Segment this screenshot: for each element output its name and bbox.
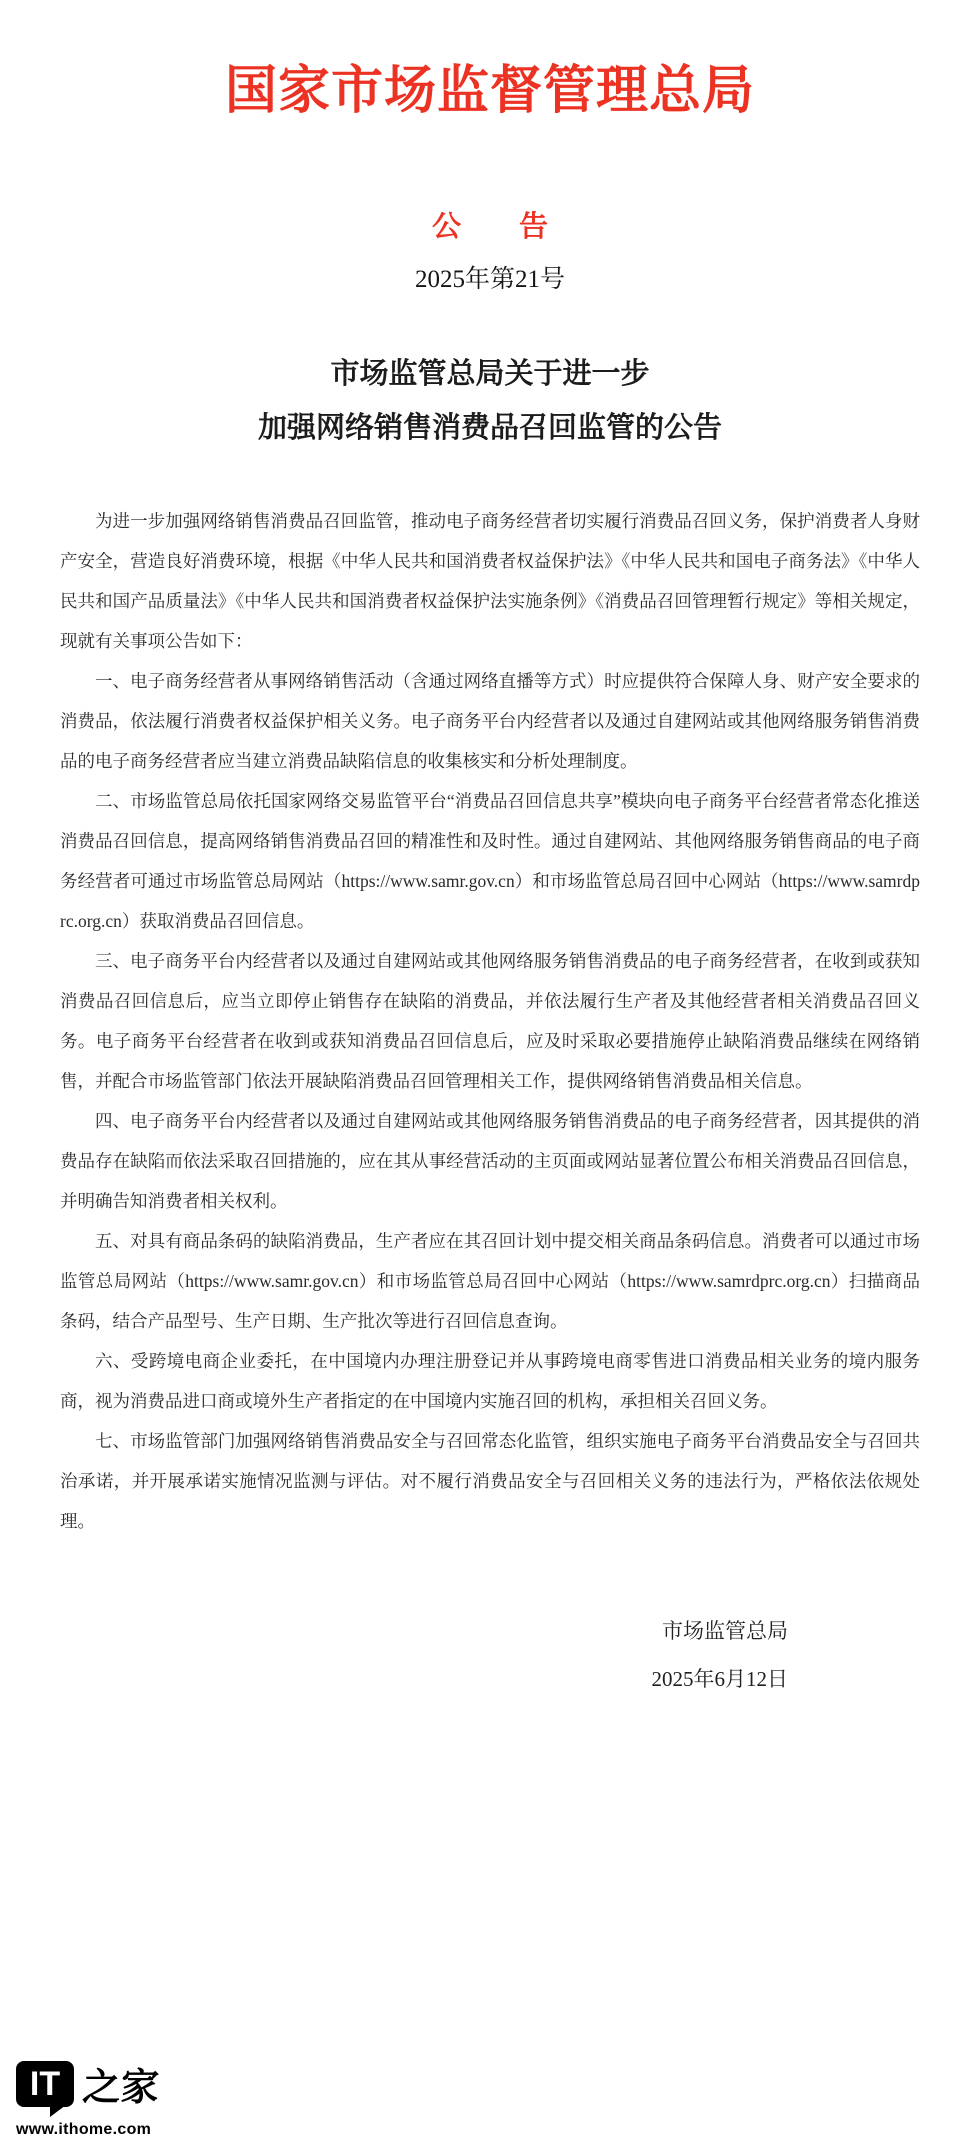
body-paragraph: 为进一步加强网络销售消费品召回监管，推动电子商务经营者切实履行消费品召回义务，保… — [60, 501, 920, 661]
issue-number: 2025年第21号 — [0, 261, 980, 299]
document-title-line-2: 加强网络销售消费品召回监管的公告 — [0, 401, 980, 455]
body-paragraph: 四、电子商务平台内经营者以及通过自建网站或其他网络服务销售消费品的电子商务经营者… — [60, 1101, 920, 1221]
agency-title: 国家市场监督管理总局 — [0, 0, 980, 127]
body-paragraph: 五、对具有商品条码的缺陷消费品，生产者应在其召回计划中提交相关商品条码信息。消费… — [60, 1221, 920, 1341]
notice-label: 公 告 — [0, 205, 980, 249]
body-paragraph: 三、电子商务平台内经营者以及通过自建网站或其他网络服务销售消费品的电子商务经营者… — [60, 941, 920, 1101]
body-paragraph: 一、电子商务经营者从事网络销售活动（含通过网络直播等方式）时应提供符合保障人身、… — [60, 661, 920, 781]
ithome-logo-suffix: 之家 — [81, 2056, 161, 2111]
document-title: 市场监管总局关于进一步 加强网络销售消费品召回监管的公告 — [0, 347, 980, 455]
announcement-page: { "accent_color": "#eb3223", "header": {… — [0, 0, 980, 2149]
document-title-line-1: 市场监管总局关于进一步 — [0, 347, 980, 401]
document-body: 为进一步加强网络销售消费品召回监管，推动电子商务经营者切实履行消费品召回义务，保… — [0, 501, 980, 1541]
ithome-logo: IT 之家 — [16, 2056, 159, 2111]
body-paragraph: 七、市场监管部门加强网络销售消费品安全与召回常态化监管，组织实施电子商务平台消费… — [60, 1421, 920, 1541]
issuer-signature: 市场监管总局 — [0, 1607, 788, 1655]
body-paragraph: 二、市场监管总局依托国家网络交易监管平台“消费品召回信息共享”模块向电子商务平台… — [60, 781, 920, 941]
ithome-watermark: IT 之家 www.ithome.com — [16, 2056, 159, 2139]
body-paragraph: 六、受跨境电商企业委托，在中国境内办理注册登记并从事跨境电商零售进口消费品相关业… — [60, 1341, 920, 1421]
issue-date: 2025年6月12日 — [0, 1655, 788, 1703]
signature-block: 市场监管总局 2025年6月12日 — [0, 1607, 980, 1703]
ithome-site-url: www.ithome.com — [16, 2121, 159, 2139]
ithome-logo-icon: IT — [16, 2061, 74, 2107]
